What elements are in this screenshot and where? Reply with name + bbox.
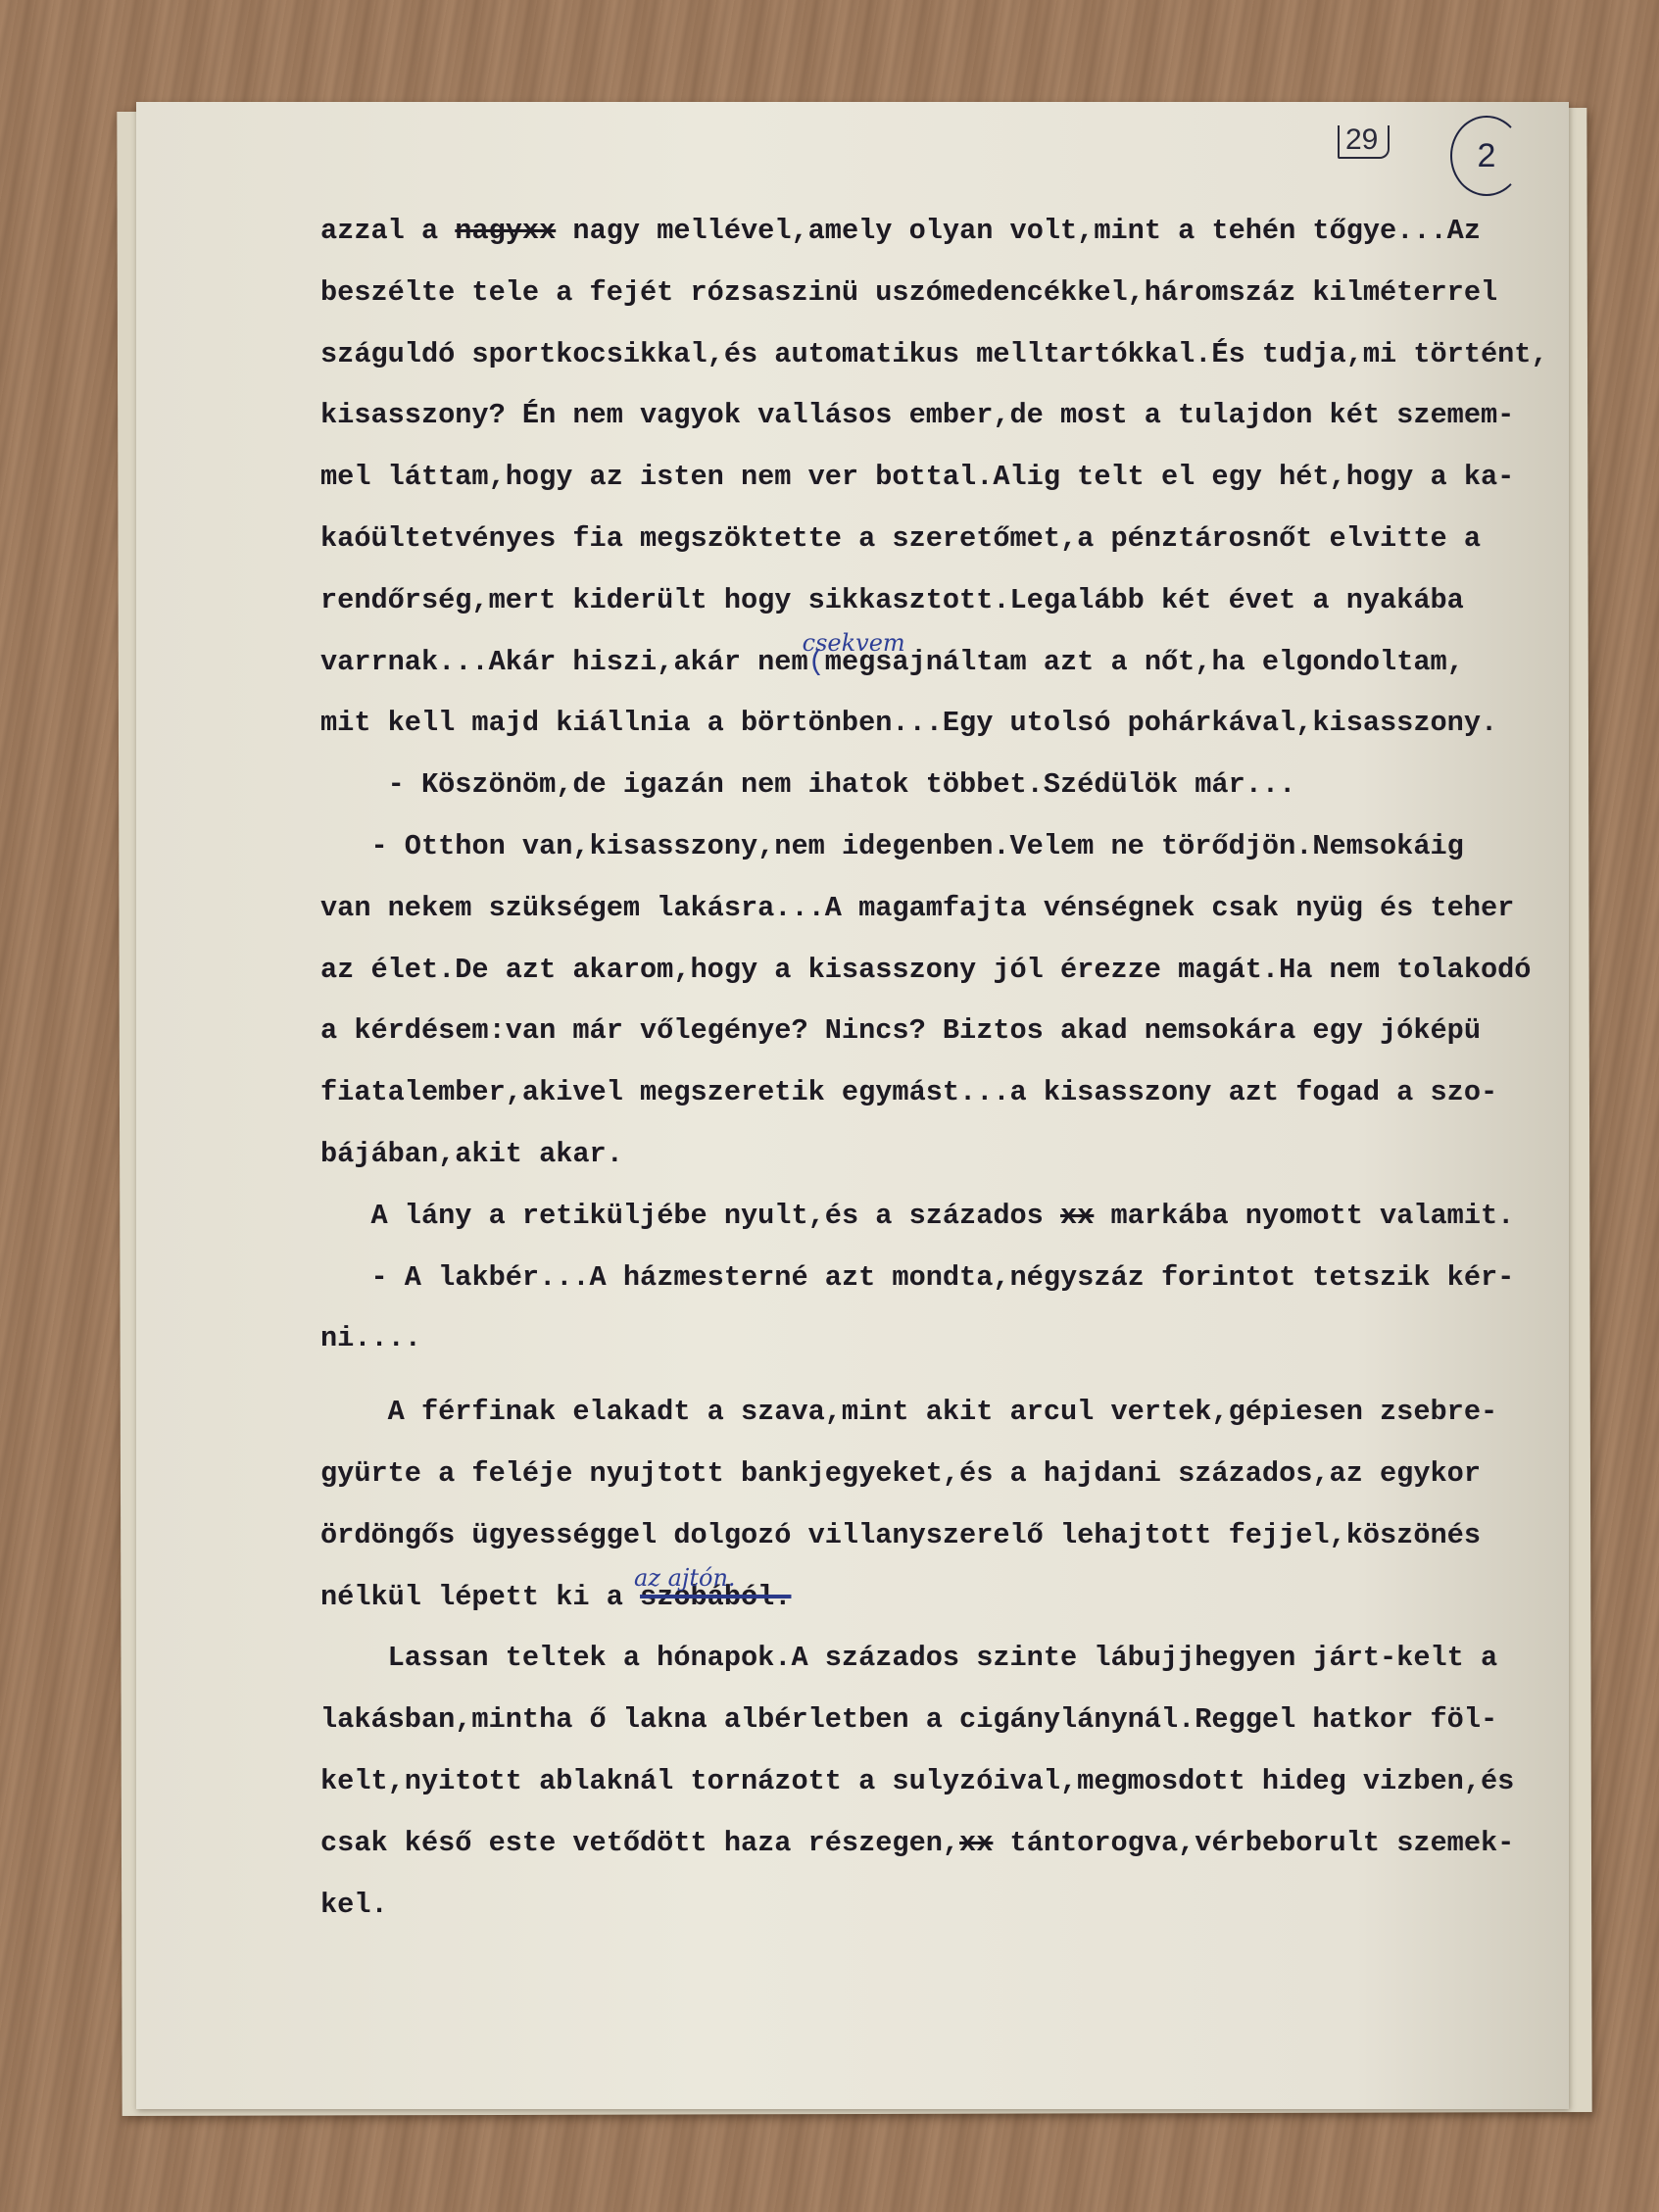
text-line: azzal a nagyxx nagy mellével,amely olyan… [320,201,1555,263]
text-run: kelt,nyitott ablaknál tornázott a sulyzó… [320,1765,1514,1797]
text-line: a kérdésem:van már vőlegénye? Nincs? Biz… [320,1001,1555,1062]
text-run: - Köszönöm,de igazán nem ihatok többet.S… [388,768,1296,801]
typewritten-text: azzal a nagyxx nagy mellével,amely olyan… [320,201,1555,1936]
text-run: csak késő este vetődött haza részegen, [320,1827,959,1859]
text-line: mel láttam,hogy az isten nem ver bottal.… [320,447,1555,509]
text-line: fiatalember,akivel megszeretik egymást..… [320,1062,1555,1124]
text-line: rendőrség,mert kiderült hogy sikkasztott… [320,570,1555,632]
text-run: a kérdésem:van már vőlegénye? Nincs? Biz… [320,1014,1481,1047]
typed-strikeout: xx [1060,1200,1094,1232]
archive-number-mark: 29 [1338,125,1390,159]
text-run: markába nyomott valamit. [1094,1200,1514,1232]
text-run: kisasszony? Én nem vagyok vallásos ember… [320,399,1514,431]
text-run: A lány a retiküljébe nyult,és a százados [370,1200,1060,1232]
text-line: kisasszony? Én nem vagyok vallásos ember… [320,385,1555,447]
page-number-mark: 2 [1450,116,1523,196]
text-line: kaóültetvényes fia megszöktette a szeret… [320,509,1555,570]
text-line: van nekem szükségem lakásra...A magamfaj… [320,878,1555,940]
text-run: tántorogva,vérbeborult szemek- [993,1827,1514,1859]
text-line: az élet.De azt akarom,hogy a kisasszony … [320,940,1555,1002]
text-run: száguldó sportkocsikkal,és automatikus m… [320,338,1548,370]
text-run: - Otthon van,kisasszony,nem idegenben.Ve… [370,830,1463,862]
text-line: - A lakbér...A házmesterné azt mondta,né… [320,1248,1555,1309]
page-number: 2 [1478,137,1496,175]
text-run: fiatalember,akivel megszeretik egymást..… [320,1076,1497,1108]
text-run: az élet.De azt akarom,hogy a kisasszony … [320,954,1531,986]
text-line: ördöngős ügyességgel dolgozó villanyszer… [320,1505,1555,1567]
text-line: Lassan teltek a hónapok.A százados szint… [320,1628,1555,1690]
text-run: van nekem szükségem lakásra...A magamfaj… [320,892,1514,924]
text-run: nélkül lépett ki a [320,1581,640,1613]
text-line: A lány a retiküljébe nyult,és a százados… [320,1186,1555,1248]
text-run: ördöngős ügyességgel dolgozó villanyszer… [320,1519,1481,1551]
text-line: - Köszönöm,de igazán nem ihatok többet.S… [320,755,1555,816]
text-run: nagy mellével,amely olyan volt,mint a te… [556,215,1481,247]
text-line: - Otthon van,kisasszony,nem idegenben.Ve… [320,816,1555,878]
text-run: beszélte tele a fejét rózsaszinü uszómed… [320,276,1497,309]
text-line: beszélte tele a fejét rózsaszinü uszómed… [320,263,1555,324]
insertion-mark: (csekvem [808,646,825,678]
text-line: száguldó sportkocsikkal,és automatikus m… [320,324,1555,386]
text-run: Lassan teltek a hónapok.A százados szint… [388,1642,1498,1674]
text-line: mit kell majd kiállnia a börtönben...Egy… [320,693,1555,755]
text-line: nélkül lépett ki a szobából.az ajtón. [320,1567,1555,1629]
handwritten-correction: csekvem [803,613,905,674]
text-line: A férfinak elakadt a szava,mint akit arc… [320,1382,1555,1444]
text-line: varrnak...Akár hiszi,akár nem(csekvemmeg… [320,632,1555,694]
text-run: kaóültetvényes fia megszöktette a szeret… [320,522,1481,555]
text-run: bájában,akit akar. [320,1138,623,1170]
text-line: gyürte a feléje nyujtott bankjegyeket,és… [320,1444,1555,1505]
typed-strikeout: nagyxx [455,215,556,247]
text-line: kel. [320,1875,1555,1937]
text-line: ni.... [320,1308,1555,1370]
text-run: lakásban,mintha ő lakna albérletben a ci… [320,1703,1497,1736]
text-run: kel. [320,1889,388,1921]
text-run: ni.... [320,1322,421,1354]
text-run: varrnak...Akár hiszi,akár nem [320,646,808,678]
text-line: lakásban,mintha ő lakna albérletben a ci… [320,1690,1555,1751]
text-run: mit kell majd kiállnia a börtönben...Egy… [320,707,1497,739]
text-line: csak késő este vetődött haza részegen,xx… [320,1813,1555,1875]
paragraph-gap [320,1370,1555,1382]
typed-strikeout: xx [959,1827,993,1859]
text-run: azzal a [320,215,455,247]
text-line: kelt,nyitott ablaknál tornázott a sulyzó… [320,1751,1555,1813]
text-run: gyürte a feléje nyujtott bankjegyeket,és… [320,1457,1481,1490]
text-line: bájában,akit akar. [320,1124,1555,1186]
text-run: mel láttam,hogy az isten nem ver bottal.… [320,461,1514,493]
text-run: A férfinak elakadt a szava,mint akit arc… [388,1396,1498,1428]
text-run: megsajnáltam azt a nőt,ha elgondoltam, [825,646,1464,678]
handwritten-correction: az ajtón. [634,1548,736,1609]
pen-strikeout: szobából.az ajtón. [640,1581,791,1613]
text-run: - A lakbér...A házmesterné azt mondta,né… [370,1261,1514,1294]
